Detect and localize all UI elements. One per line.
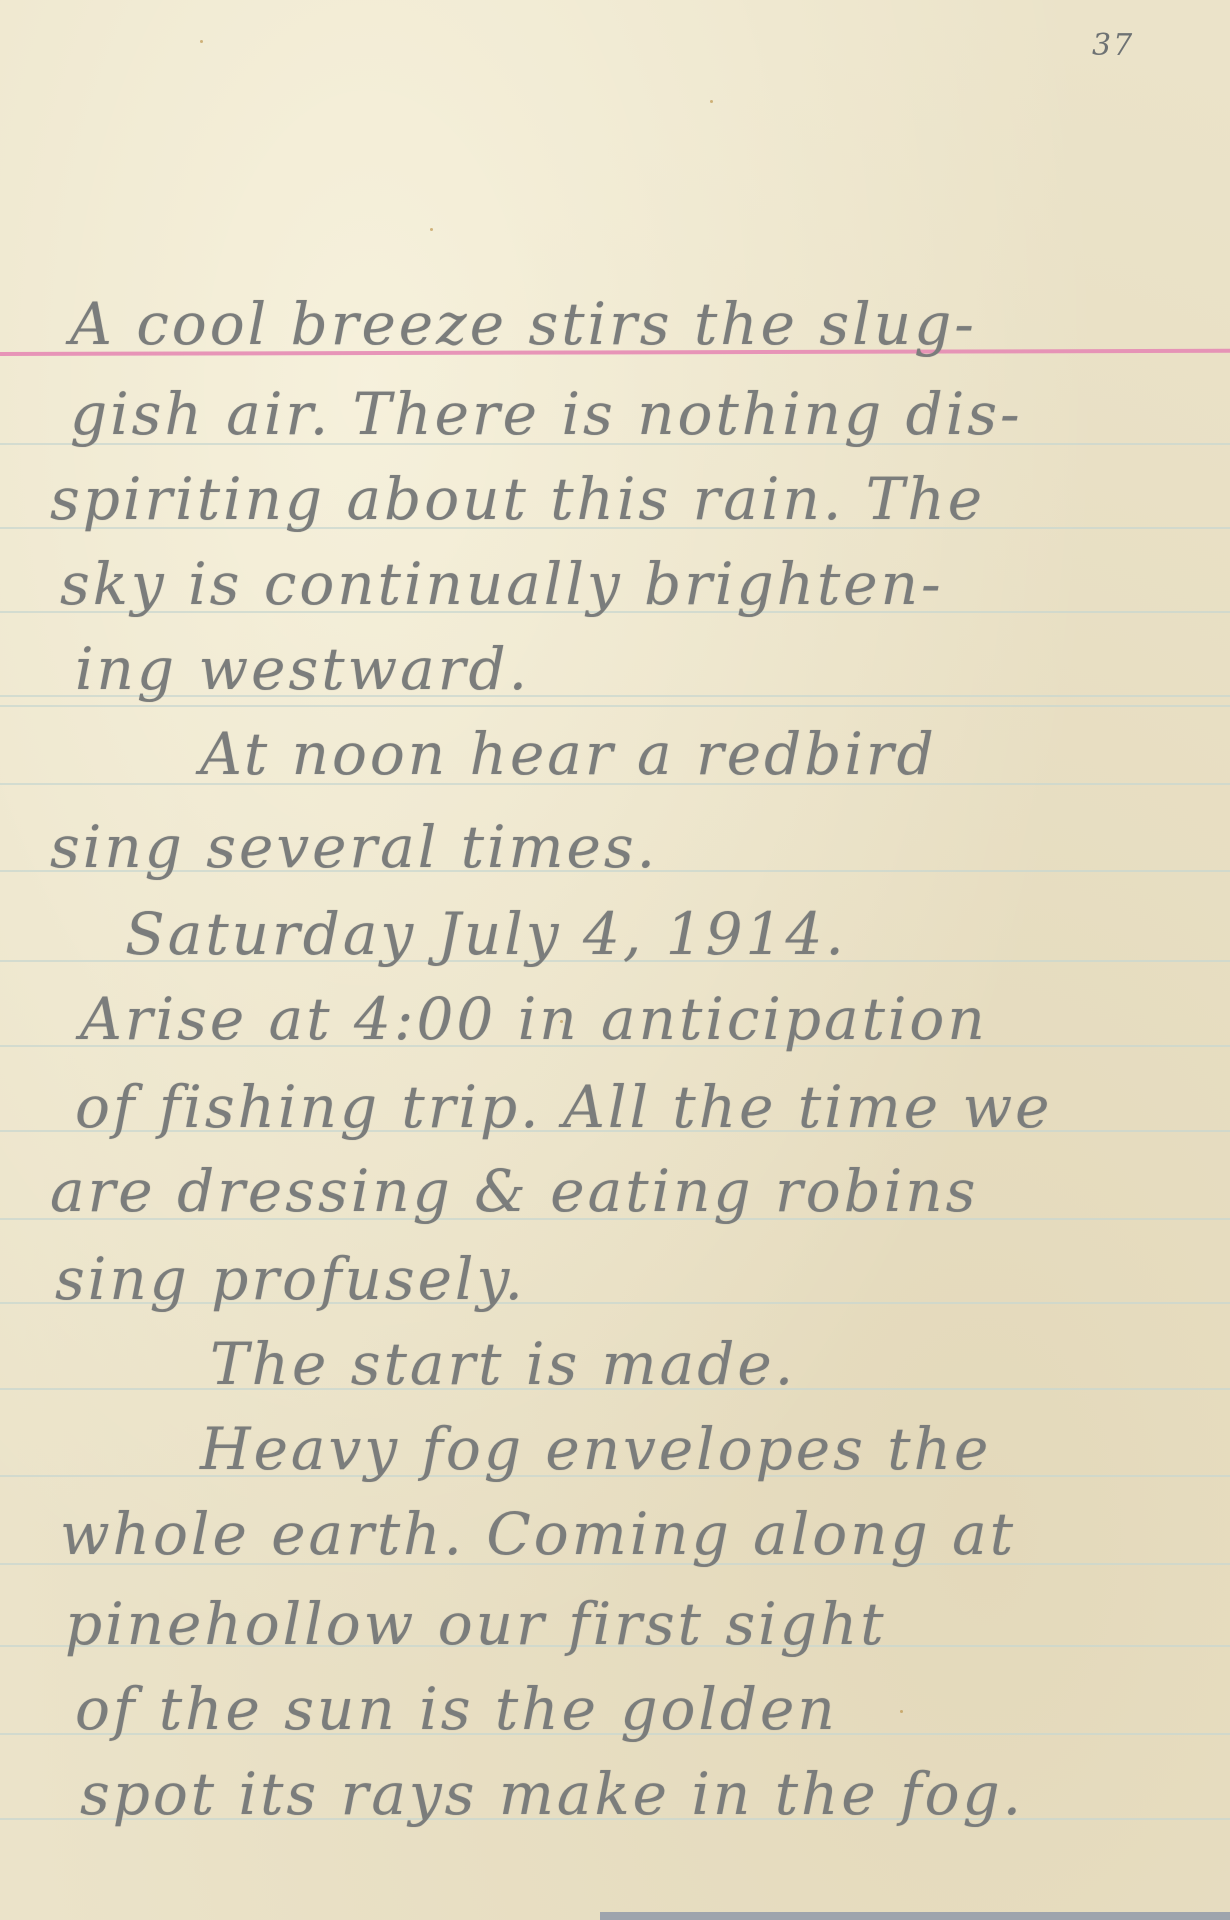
text-line: of the sun is the golden [75, 1680, 838, 1738]
text-line: At noon hear a redbird [200, 725, 937, 783]
text-line: gish air. There is nothing dis- [70, 385, 1023, 443]
text-line: are dressing & eating robins [50, 1162, 978, 1220]
paper-speck [900, 1710, 903, 1713]
paper-speck [560, 1020, 563, 1023]
rule-line [0, 705, 1230, 707]
text-line: sky is continually brighten- [60, 555, 944, 613]
page-number: 37 [1092, 28, 1134, 63]
text-line: whole earth. Coming along at [60, 1505, 1016, 1563]
text-line: A cool breeze stirs the slug- [70, 295, 977, 353]
text-line: ing westward. [75, 640, 530, 698]
text-line: of fishing trip. All the time we [75, 1078, 1052, 1136]
text-line: Arise at 4:00 in anticipation [80, 990, 988, 1048]
text-line: spiriting about this rain. The [50, 470, 985, 528]
paper-speck [430, 228, 433, 231]
text-line: sing profusely. [55, 1250, 526, 1308]
text-line: spot its rays make in the fog. [80, 1765, 1024, 1823]
page-bottom-edge [600, 1912, 1230, 1920]
text-line: Saturday July 4, 1914. [125, 905, 847, 963]
text-line: pinehollow our first sight [65, 1595, 887, 1653]
paper-speck [710, 100, 713, 103]
text-line: Heavy fog envelopes the [200, 1420, 991, 1478]
text-line: sing several times. [50, 818, 658, 876]
text-line: The start is made. [210, 1335, 796, 1393]
paper-speck [200, 40, 203, 43]
journal-page: 37 A cool breeze stirs the slug- gish ai… [0, 0, 1230, 1920]
